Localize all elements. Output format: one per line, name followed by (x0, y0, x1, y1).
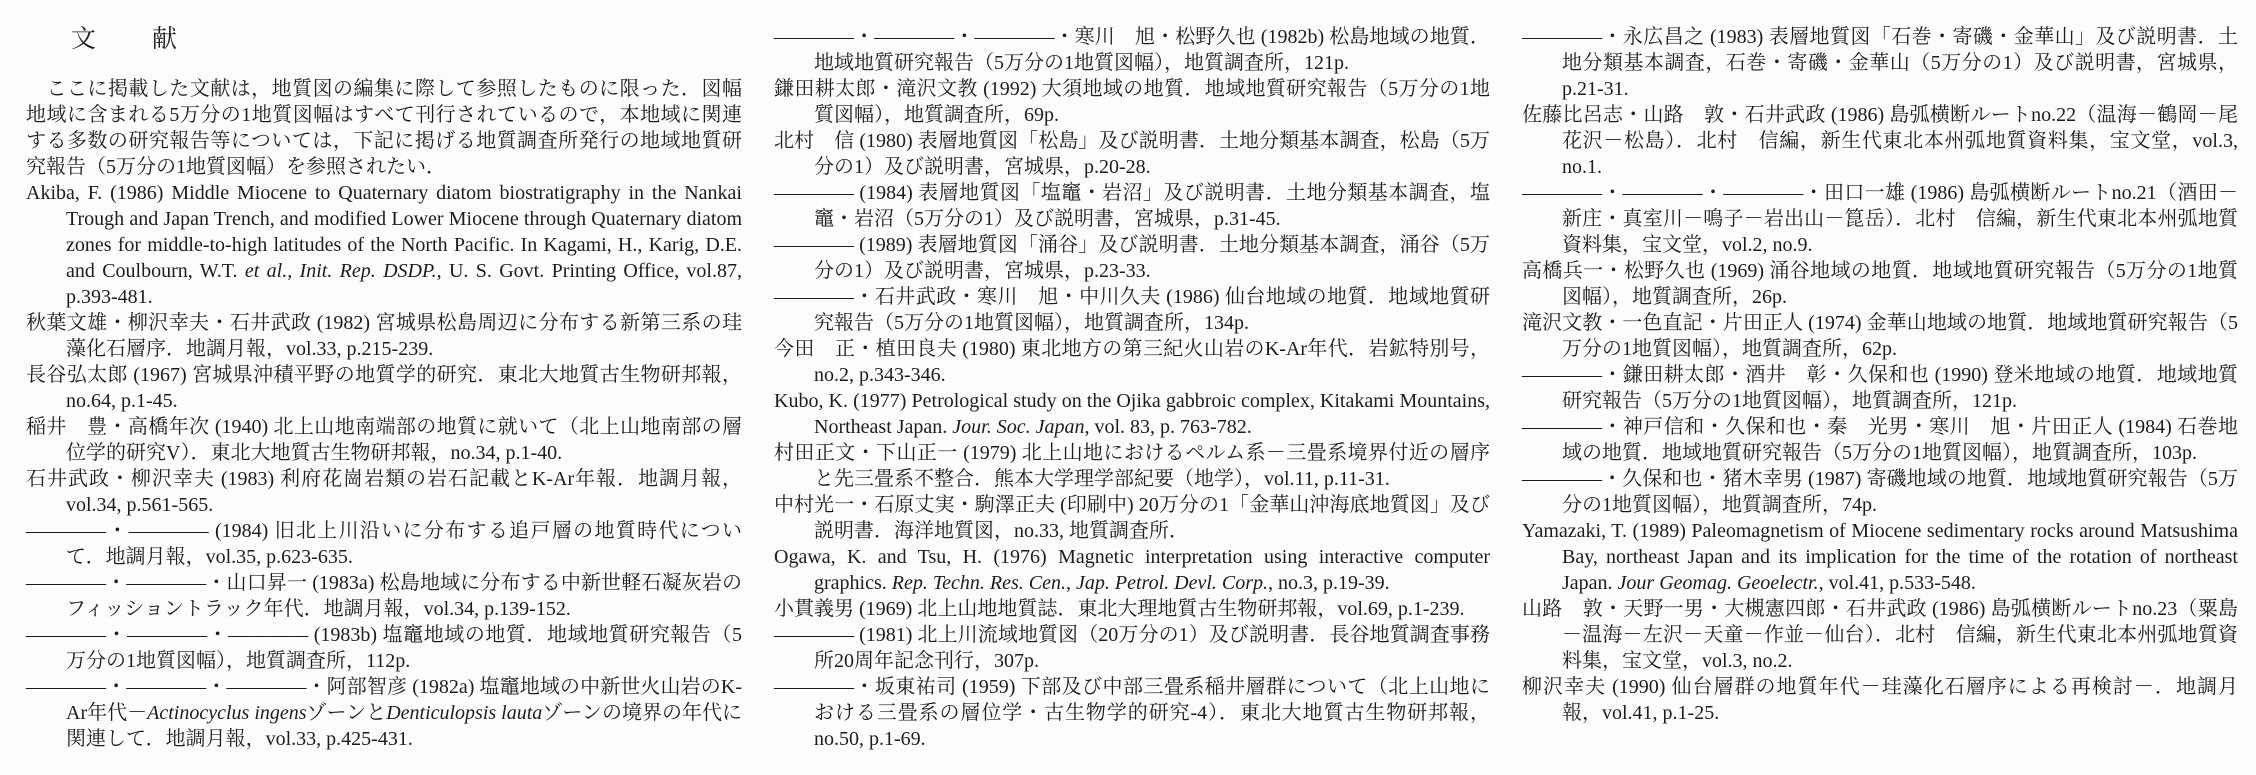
reference-entry: 石井武政・柳沢幸夫 (1983) 利府花崗岩類の岩石記載とK-Ar年報．地調月報… (26, 466, 742, 518)
reference-entry: ————・神戸信和・久保和也・秦 光男・寒川 旭・片田正人 (1984) 石巻地… (1522, 414, 2238, 466)
reference-entry: ———— (1981) 北上川流域地質図（20万分の1）及び説明書．長谷地質調査… (774, 622, 1490, 674)
reference-text: , vol. 83, p. 763-782. (1085, 416, 1252, 438)
reference-text: 石井武政・柳沢幸夫 (1983) 利府花崗岩類の岩石記載とK-Ar年報．地調月報… (26, 468, 742, 516)
reference-text: ゾーンと (307, 702, 387, 724)
references-page: 文 献 ここに掲載した文献は，地質図の編集に際して参照したものに限った．図幅地域… (0, 0, 2256, 775)
references-column-2: ————・————・————・寒川 旭・松野久也 (1982b) 松島地域の地質… (774, 24, 1490, 775)
reference-entry: ———— (1984) 表層地質図「塩竈・岩沼」及び説明書．土地分類基本調査，塩… (774, 180, 1490, 232)
reference-entry: Akiba, F. (1986) Middle Miocene to Quate… (26, 180, 742, 310)
reference-text: 稲井 豊・高橋年次 (1940) 北上山地南端部の地質に就いて（北上山地南部の層… (26, 416, 742, 464)
reference-entry: 高橋兵一・松野久也 (1969) 涌谷地域の地質．地域地質研究報告（5万分の1地… (1522, 258, 2238, 310)
reference-text: 北村 信 (1980) 表層地質図「松島」及び説明書．土地分類基本調査，松島（5… (774, 130, 1490, 178)
reference-entry: 中村光一・石原丈実・駒澤正夫 (印刷中) 20万分の1「金華山沖海底地質図」及び… (774, 492, 1490, 544)
reference-entry: 柳沢幸夫 (1990) 仙台層群の地質年代－珪藻化石層序による再検討－．地調月報… (1522, 674, 2238, 726)
reference-entry: 北村 信 (1980) 表層地質図「松島」及び説明書．土地分類基本調査，松島（5… (774, 128, 1490, 180)
reference-list-2: ————・————・————・寒川 旭・松野久也 (1982b) 松島地域の地質… (774, 24, 1490, 752)
reference-entry: 小貫義男 (1969) 北上山地地質誌．東北大理地質古生物研邦報，vol.69,… (774, 596, 1490, 622)
reference-entry: 稲井 豊・高橋年次 (1940) 北上山地南端部の地質に就いて（北上山地南部の層… (26, 414, 742, 466)
reference-text: ———— (1981) 北上川流域地質図（20万分の1）及び説明書．長谷地質調査… (774, 624, 1490, 672)
reference-text: 滝沢文教・一色直記・片田正人 (1974) 金華山地域の地質．地域地質研究報告（… (1522, 312, 2238, 360)
reference-entry: Kubo, K. (1977) Petrological study on th… (774, 388, 1490, 440)
reference-italic-text: Actinocyclus ingens (147, 702, 306, 724)
reference-text: 佐藤比呂志・山路 敦・石井武政 (1986) 島弧横断ルートno.22（温海－鶴… (1522, 104, 2238, 178)
reference-text: ————・鎌田耕太郎・酒井 彰・久保和也 (1990) 登米地域の地質．地域地質… (1522, 364, 2238, 412)
reference-text: ————・————・山口昇一 (1983a) 松島地域に分布する中新世軽石凝灰岩… (26, 572, 742, 620)
reference-entry: ————・石井武政・寒川 旭・中川久夫 (1986) 仙台地域の地質．地域地質研… (774, 284, 1490, 336)
reference-text: 柳沢幸夫 (1990) 仙台層群の地質年代－珪藻化石層序による再検討－．地調月報… (1522, 676, 2238, 724)
reference-entry: Yamazaki, T. (1989) Paleomagnetism of Mi… (1522, 518, 2238, 596)
reference-text: 高橋兵一・松野久也 (1969) 涌谷地域の地質．地域地質研究報告（5万分の1地… (1522, 260, 2238, 308)
reference-text: ————・————・————・田口一雄 (1986) 島弧横断ルートno.21（… (1522, 182, 2238, 256)
reference-text: 山路 敦・天野一男・大槻憲四郎・石井武政 (1986) 島弧横断ルートno.23… (1522, 598, 2238, 672)
reference-entry: 佐藤比呂志・山路 敦・石井武政 (1986) 島弧横断ルートno.22（温海－鶴… (1522, 102, 2238, 180)
reference-entry: ————・坂東祐司 (1959) 下部及び中部三畳系稲井層群について（北上山地に… (774, 674, 1490, 752)
intro-paragraph: ここに掲載した文献は，地質図の編集に際して参照したものに限った．図幅地域に含まれ… (26, 76, 742, 180)
reference-entry: 滝沢文教・一色直記・片田正人 (1974) 金華山地域の地質．地域地質研究報告（… (1522, 310, 2238, 362)
reference-text: ———— (1989) 表層地質図「涌谷」及び説明書．土地分類基本調査，涌谷（5… (774, 234, 1490, 282)
reference-italic-text: Rep. Techn. Res. Cen., Jap. Petrol. Devl… (892, 572, 1268, 594)
reference-entry: ————・————・山口昇一 (1983a) 松島地域に分布する中新世軽石凝灰岩… (26, 570, 742, 622)
reference-entry: 今田 正・植田良夫 (1980) 東北地方の第三紀火山岩のK-Ar年代．岩鉱特別… (774, 336, 1490, 388)
reference-text: 鎌田耕太郎・滝沢文教 (1992) 大須地域の地質．地域地質研究報告（5万分の1… (774, 78, 1490, 126)
reference-text: ————・石井武政・寒川 旭・中川久夫 (1986) 仙台地域の地質．地域地質研… (774, 286, 1490, 334)
reference-entry: ————・————・————・寒川 旭・松野久也 (1982b) 松島地域の地質… (774, 24, 1490, 76)
reference-entry: 秋葉文雄・柳沢幸夫・石井武政 (1982) 宮城県松島周辺に分布する新第三系の珪… (26, 310, 742, 362)
reference-text: ———— (1984) 表層地質図「塩竈・岩沼」及び説明書．土地分類基本調査，塩… (774, 182, 1490, 230)
reference-entry: 鎌田耕太郎・滝沢文教 (1992) 大須地域の地質．地域地質研究報告（5万分の1… (774, 76, 1490, 128)
reference-italic-text: et al., Init. Rep. DSDP. (245, 260, 437, 282)
reference-entry: ————・————・————・田口一雄 (1986) 島弧横断ルートno.21（… (1522, 180, 2238, 258)
reference-text: ————・神戸信和・久保和也・秦 光男・寒川 旭・片田正人 (1984) 石巻地… (1522, 416, 2238, 464)
reference-text: 今田 正・植田良夫 (1980) 東北地方の第三紀火山岩のK-Ar年代．岩鉱特別… (774, 338, 1490, 386)
reference-text: ————・坂東祐司 (1959) 下部及び中部三畳系稲井層群について（北上山地に… (774, 676, 1490, 750)
reference-text: ————・久保和也・猪木幸男 (1987) 寄磯地域の地質．地域地質研究報告（5… (1522, 468, 2238, 516)
reference-entry: 長谷弘太郎 (1967) 宮城県沖積平野の地質学的研究．東北大地質古生物研邦報，… (26, 362, 742, 414)
reference-list-3: ————・永広昌之 (1983) 表層地質図「石巻・寄磯・金華山」及び説明書．土… (1522, 24, 2238, 726)
reference-italic-text: Denticulopsis lauta (386, 702, 542, 724)
reference-entry: ————・————・————・阿部智彦 (1982a) 塩竈地域の中新世火山岩の… (26, 674, 742, 752)
reference-list-1: Akiba, F. (1986) Middle Miocene to Quate… (26, 180, 742, 752)
reference-text: ————・————・————・寒川 旭・松野久也 (1982b) 松島地域の地質… (774, 26, 1490, 74)
references-column-1: 文 献 ここに掲載した文献は，地質図の編集に際して参照したものに限った．図幅地域… (26, 24, 742, 775)
reference-text: 小貫義男 (1969) 北上山地地質誌．東北大理地質古生物研邦報，vol.69,… (774, 598, 1465, 620)
reference-entry: Ogawa, K. and Tsu, H. (1976) Magnetic in… (774, 544, 1490, 596)
reference-text: 長谷弘太郎 (1967) 宮城県沖積平野の地質学的研究．東北大地質古生物研邦報，… (26, 364, 742, 412)
reference-text: ————・———— (1984) 旧北上川沿いに分布する追戸層の地質時代について… (26, 520, 742, 568)
reference-text: 村田正文・下山正一 (1979) 北上山地におけるペルム系－三畳系境界付近の層序… (774, 442, 1490, 490)
references-column-3: ————・永広昌之 (1983) 表層地質図「石巻・寄磯・金華山」及び説明書．土… (1522, 24, 2238, 775)
reference-entry: 山路 敦・天野一男・大槻憲四郎・石井武政 (1986) 島弧横断ルートno.23… (1522, 596, 2238, 674)
reference-entry: ————・———— (1984) 旧北上川沿いに分布する追戸層の地質時代について… (26, 518, 742, 570)
reference-text: , vol.41, p.533-548. (1819, 572, 1976, 594)
reference-text: 秋葉文雄・柳沢幸夫・石井武政 (1982) 宮城県松島周辺に分布する新第三系の珪… (26, 312, 742, 360)
reference-text: ————・永広昌之 (1983) 表層地質図「石巻・寄磯・金華山」及び説明書．土… (1522, 26, 2238, 100)
reference-entry: ————・久保和也・猪木幸男 (1987) 寄磯地域の地質．地域地質研究報告（5… (1522, 466, 2238, 518)
reference-italic-text: Jour Geomag. Geoelectr. (1618, 572, 1819, 594)
reference-entry: 村田正文・下山正一 (1979) 北上山地におけるペルム系－三畳系境界付近の層序… (774, 440, 1490, 492)
reference-text: ————・————・———— (1983b) 塩竈地域の地質．地域地質研究報告（… (26, 624, 742, 672)
reference-entry: ———— (1989) 表層地質図「涌谷」及び説明書．土地分類基本調査，涌谷（5… (774, 232, 1490, 284)
reference-entry: ————・永広昌之 (1983) 表層地質図「石巻・寄磯・金華山」及び説明書．土… (1522, 24, 2238, 102)
reference-text: , no.3, p.19-39. (1268, 572, 1390, 594)
reference-italic-text: Jour. Soc. Japan (952, 416, 1084, 438)
page-title: 文 献 (71, 26, 742, 54)
reference-entry: ————・————・———— (1983b) 塩竈地域の地質．地域地質研究報告（… (26, 622, 742, 674)
reference-entry: ————・鎌田耕太郎・酒井 彰・久保和也 (1990) 登米地域の地質．地域地質… (1522, 362, 2238, 414)
reference-text: 中村光一・石原丈実・駒澤正夫 (印刷中) 20万分の1「金華山沖海底地質図」及び… (774, 494, 1490, 542)
